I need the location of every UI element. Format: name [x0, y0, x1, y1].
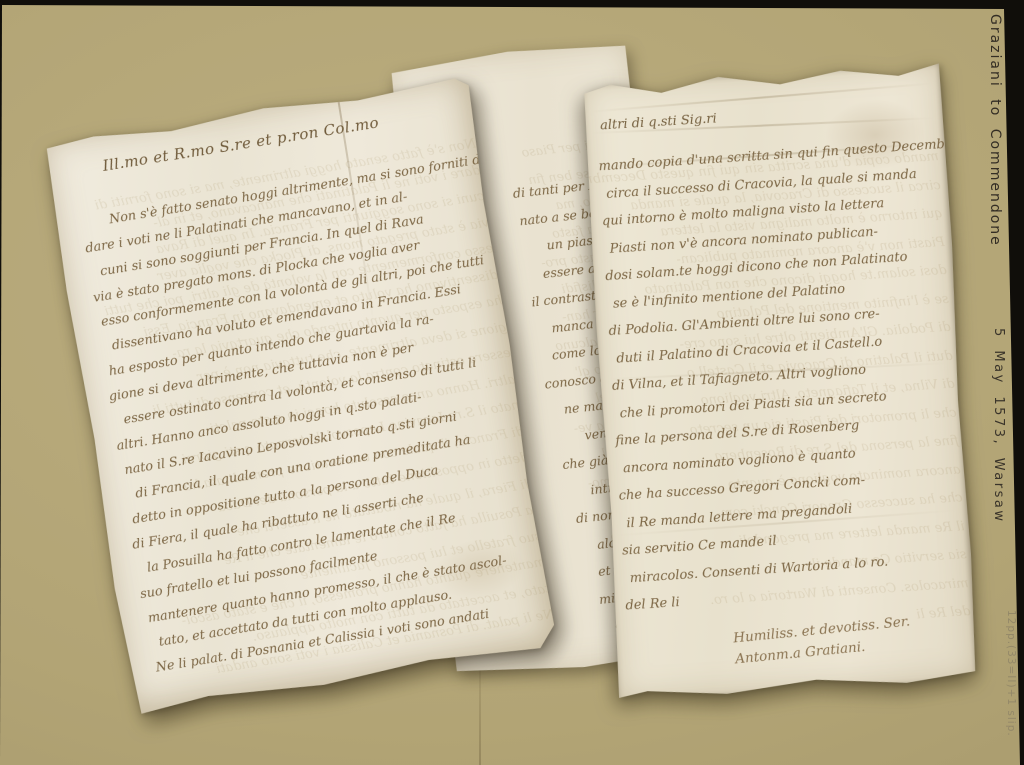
paper-right: mando copia d'una scritta sin qui fin qu…	[581, 60, 978, 701]
letter-sheet-left: Non s'è fatto senato hoggi altrimente, m…	[42, 75, 557, 715]
paper-left: Non s'è fatto senato hoggi altrimente, m…	[42, 75, 557, 715]
letter-sheet-right: mando copia d'una scritta sin qui fin qu…	[581, 60, 978, 701]
annotation-pencil-collation: 12pp.(33=II)+1 slip.	[1005, 610, 1017, 737]
manuscript-photograph: Graziani to Commendone 5 May 1573, Warsa…	[0, 0, 1024, 765]
annotation-date: 5 May 1573, Warsaw	[991, 328, 1006, 523]
right-page-text: mando copia d'una scritta sin qui fin qu…	[598, 130, 979, 620]
annotation-recipient: Graziani to Commendone	[987, 14, 1003, 247]
left-page-text: Non s'è fatto senato hoggi altrimente, m…	[80, 142, 558, 681]
